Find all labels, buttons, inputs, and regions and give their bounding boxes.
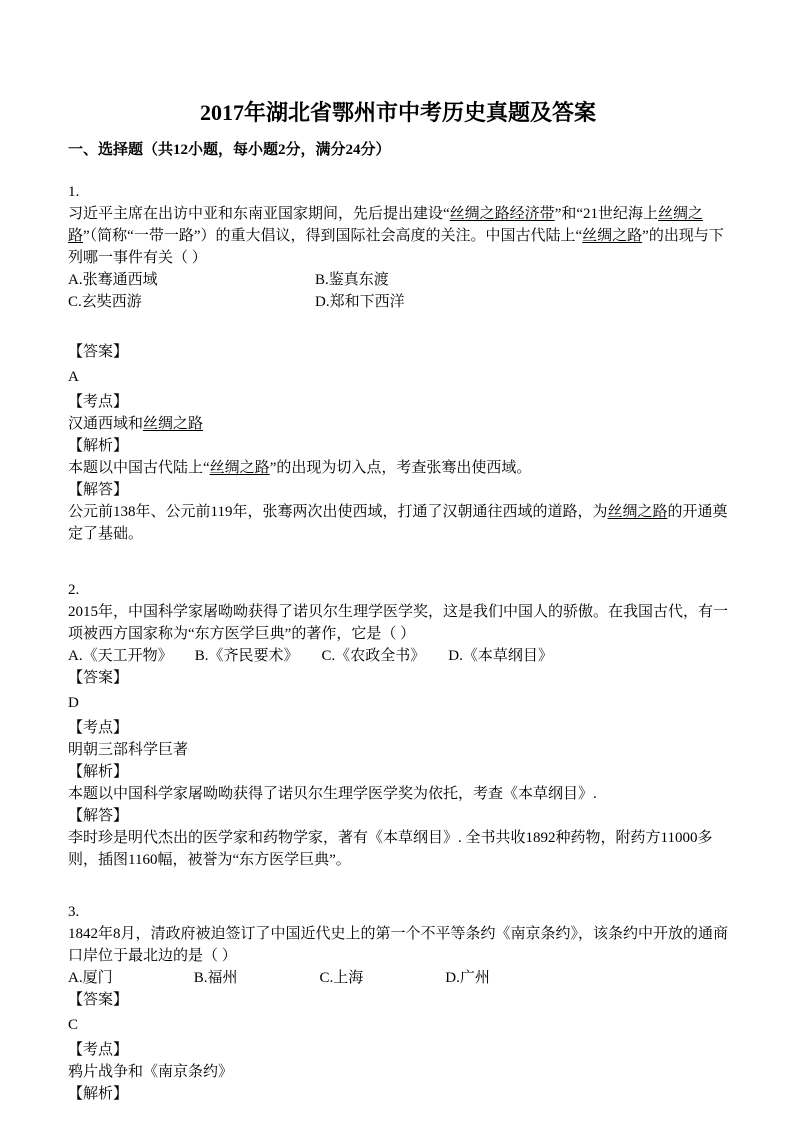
- question-1-number: 1.: [68, 181, 728, 203]
- question-1: 1. 习近平主席在出访中亚和东南亚国家期间，先后提出建设“丝绸之路经济带”和“2…: [68, 181, 728, 545]
- question-3-options: A.厦门 B.福州 C.上海 D.广州: [68, 967, 728, 989]
- question-3-number: 3.: [68, 901, 728, 923]
- concept-text: 鸦片战争和《南京条约》: [68, 1061, 728, 1083]
- concept-label: 【考点】: [68, 1039, 728, 1061]
- option-a: A.张骞通西域: [68, 269, 315, 291]
- question-2-answer-block: 【答案】 D 【考点】 明朝三部科学巨著 【解析】 本题以中国科学家屠呦呦获得了…: [68, 667, 728, 871]
- option-d: D.广州: [445, 967, 567, 989]
- concept-text: 明朝三部科学巨著: [68, 739, 728, 761]
- question-1-stem: 习近平主席在出访中亚和东南亚国家期间，先后提出建设“丝绸之路经济带”和“21世纪…: [68, 203, 728, 269]
- option-b: B.鉴真东渡: [315, 269, 728, 291]
- option-b: B.福州: [194, 967, 316, 989]
- question-1-options: A.张骞通西域 B.鉴真东渡 C.玄奘西游 D.郑和下西洋: [68, 269, 728, 313]
- question-2: 2. 2015年，中国科学家屠呦呦获得了诺贝尔生理学医学奖，这是我们中国人的骄傲…: [68, 579, 728, 871]
- answer-value: D: [68, 692, 728, 714]
- question-2-stem: 2015年，中国科学家屠呦呦获得了诺贝尔生理学医学奖，这是我们中国人的骄傲。在我…: [68, 601, 728, 645]
- solution-label: 【解答】: [68, 479, 728, 501]
- analysis-text: 本题以中国科学家屠呦呦获得了诺贝尔生理学医学奖为依托，考查《本草纲目》.: [68, 783, 728, 805]
- concept-label: 【考点】: [68, 717, 728, 739]
- question-3-stem: 1842年8月，清政府被迫签订了中国近代史上的第一个不平等条约《南京条约》，该条…: [68, 923, 728, 967]
- question-3: 3. 1842年8月，清政府被迫签订了中国近代史上的第一个不平等条约《南京条约》…: [68, 901, 728, 1105]
- document-page: 2017年湖北省鄂州市中考历史真题及答案 一、选择题（共12小题，每小题2分，满…: [0, 0, 794, 1123]
- option-b: B.《齐民要术》: [195, 645, 318, 667]
- question-3-answer-block: 【答案】 C 【考点】 鸦片战争和《南京条约》 【解析】: [68, 989, 728, 1105]
- answer-label: 【答案】: [68, 989, 728, 1011]
- option-a: A.《天工开物》: [68, 645, 191, 667]
- analysis-label: 【解析】: [68, 761, 728, 783]
- analysis-label: 【解析】: [68, 435, 728, 457]
- section-heading: 一、选择题（共12小题，每小题2分，满分24分）: [68, 140, 728, 160]
- option-c: C.玄奘西游: [68, 291, 315, 313]
- concept-text: 汉通西域和丝绸之路: [68, 413, 728, 435]
- answer-label: 【答案】: [68, 341, 728, 363]
- solution-text: 公元前138年、公元前119年，张骞两次出使西域，打通了汉朝通往西域的道路，为丝…: [68, 501, 728, 545]
- page-title: 2017年湖北省鄂州市中考历史真题及答案: [68, 98, 728, 128]
- option-a: A.厦门: [68, 967, 190, 989]
- question-1-answer-block: 【答案】 A 【考点】 汉通西域和丝绸之路 【解析】 本题以中国古代陆上“丝绸之…: [68, 341, 728, 545]
- question-2-number: 2.: [68, 579, 728, 601]
- question-2-options: A.《天工开物》 B.《齐民要术》 C.《农政全书》 D.《本草纲目》: [68, 645, 728, 667]
- option-d: D.郑和下西洋: [315, 291, 728, 313]
- answer-value: C: [68, 1014, 728, 1036]
- analysis-text: 本题以中国古代陆上“丝绸之路”的出现为切入点，考查张骞出使西域。: [68, 457, 728, 479]
- answer-value: A: [68, 366, 728, 388]
- concept-label: 【考点】: [68, 391, 728, 413]
- answer-label: 【答案】: [68, 667, 728, 689]
- option-c: C.上海: [320, 967, 442, 989]
- analysis-label: 【解析】: [68, 1083, 728, 1105]
- solution-label: 【解答】: [68, 805, 728, 827]
- option-d: D.《本草纲目》: [448, 645, 571, 667]
- solution-text: 李时珍是明代杰出的医学家和药物学家，著有《本草纲目》. 全书共收1892种药物，…: [68, 827, 728, 871]
- option-c: C.《农政全书》: [322, 645, 445, 667]
